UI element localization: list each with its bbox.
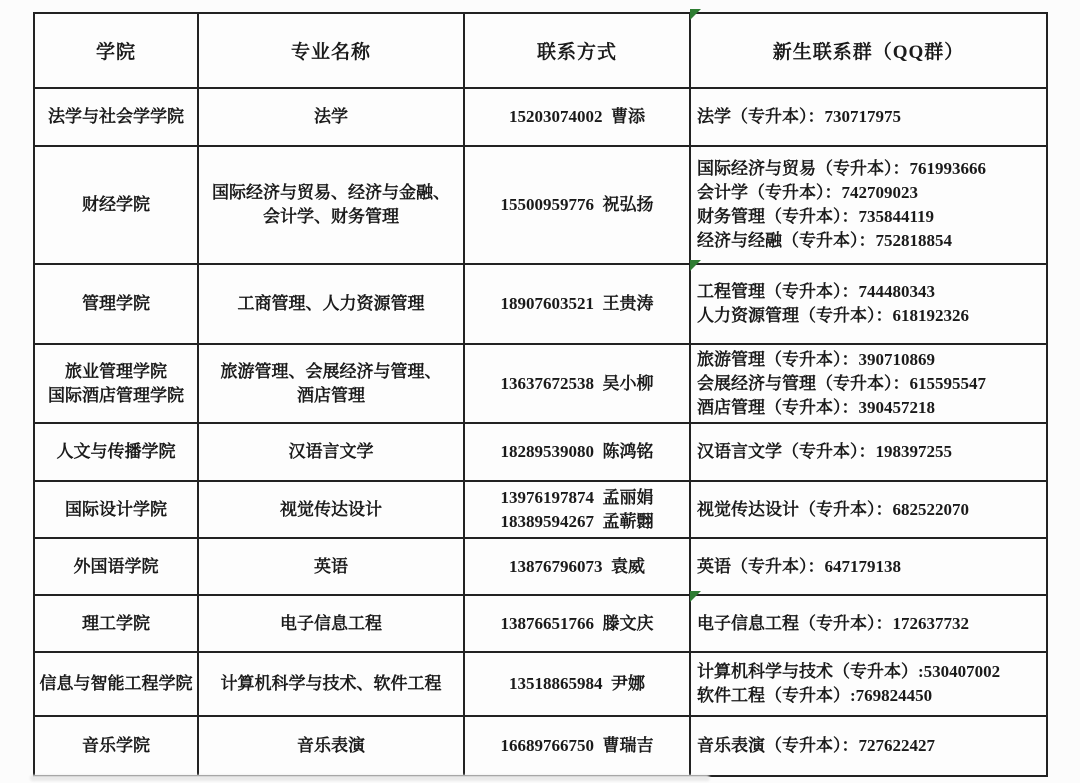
major-cell-line: 英语 — [203, 555, 459, 579]
contact-cell-line: 13876796073 袁威 — [469, 555, 685, 579]
cell-flag-icon — [690, 9, 701, 20]
table-body: 法学与社会学学院法学15203074002 曹添法学（专升本）：73071797… — [34, 88, 1047, 776]
table-row: 国际设计学院视觉传达设计13976197874 孟丽娟18389594267 孟… — [34, 481, 1047, 538]
qq-group-cell-line: 旅游管理（专升本）：390710869 — [697, 348, 1042, 372]
college-cell: 国际设计学院 — [34, 481, 198, 538]
contact-cell-line: 15203074002 曹添 — [469, 105, 685, 129]
contact-cell: 13637672538 吴小柳 — [464, 344, 690, 423]
college-cell-line: 旅业管理学院 — [39, 360, 193, 384]
college-cell: 人文与传播学院 — [34, 423, 198, 481]
college-contact-table: 学院 专业名称 联系方式 新生联系群（QQ群） 法学与社会学学院法学152030… — [33, 12, 1048, 777]
contact-cell: 13976197874 孟丽娟18389594267 孟蕲翾 — [464, 481, 690, 538]
contact-cell: 13876796073 袁威 — [464, 538, 690, 595]
college-cell-line: 人文与传播学院 — [39, 440, 193, 464]
qq-group-cell: 电子信息工程（专升本）：172637732 — [690, 595, 1047, 652]
qq-group-cell: 旅游管理（专升本）：390710869会展经济与管理（专升本）：61559554… — [690, 344, 1047, 423]
header-row: 学院 专业名称 联系方式 新生联系群（QQ群） — [34, 13, 1047, 88]
contact-cell-line: 13637672538 吴小柳 — [469, 372, 685, 396]
qq-group-cell-line: 电子信息工程（专升本）：172637732 — [697, 612, 1042, 636]
qq-group-cell-line: 会计学（专升本）：742709023 — [697, 181, 1042, 205]
contact-table: 学院 专业名称 联系方式 新生联系群（QQ群） 法学与社会学学院法学152030… — [33, 12, 1046, 777]
qq-group-cell-line: 财务管理（专升本）：735844119 — [697, 205, 1042, 229]
contact-cell-line: 18289539080 陈鸿铭 — [469, 440, 685, 464]
contact-cell: 13876651766 滕文庆 — [464, 595, 690, 652]
contact-cell-line: 18907603521 王贵涛 — [469, 292, 685, 316]
column-header-major: 专业名称 — [198, 13, 464, 88]
major-cell: 音乐表演 — [198, 716, 464, 776]
major-cell-line: 酒店管理 — [203, 384, 459, 408]
major-cell: 汉语言文学 — [198, 423, 464, 481]
contact-cell: 16689766750 曹瑞吉 — [464, 716, 690, 776]
scan-artifact — [30, 775, 710, 781]
major-cell: 电子信息工程 — [198, 595, 464, 652]
qq-group-cell-line: 人力资源管理（专升本）：618192326 — [697, 304, 1042, 328]
college-cell-line: 财经学院 — [39, 193, 193, 217]
table-row: 信息与智能工程学院计算机科学与技术、软件工程13518865984 尹娜计算机科… — [34, 652, 1047, 716]
table-row: 音乐学院音乐表演16689766750 曹瑞吉音乐表演（专升本）：7276224… — [34, 716, 1047, 776]
qq-group-cell: 视觉传达设计（专升本）：682522070 — [690, 481, 1047, 538]
qq-group-cell-line: 酒店管理（专升本）：390457218 — [697, 396, 1042, 420]
column-header-qq-label: 新生联系群（QQ群） — [773, 42, 965, 63]
qq-group-cell-line: 工程管理（专升本）：744480343 — [697, 280, 1042, 304]
college-cell-line: 信息与智能工程学院 — [39, 672, 193, 696]
major-cell: 法学 — [198, 88, 464, 146]
major-cell: 国际经济与贸易、经济与金融、会计学、财务管理 — [198, 146, 464, 264]
contact-cell: 15500959776 祝弘扬 — [464, 146, 690, 264]
major-cell: 计算机科学与技术、软件工程 — [198, 652, 464, 716]
table-row: 法学与社会学学院法学15203074002 曹添法学（专升本）：73071797… — [34, 88, 1047, 146]
contact-cell-line: 18389594267 孟蕲翾 — [469, 510, 685, 534]
qq-group-cell-line: 视觉传达设计（专升本）：682522070 — [697, 498, 1042, 522]
qq-group-cell-line: 英语（专升本）：647179138 — [697, 555, 1042, 579]
contact-cell: 15203074002 曹添 — [464, 88, 690, 146]
major-cell-line: 音乐表演 — [203, 734, 459, 758]
contact-cell: 18289539080 陈鸿铭 — [464, 423, 690, 481]
major-cell-line: 汉语言文学 — [203, 440, 459, 464]
contact-cell-line: 13876651766 滕文庆 — [469, 612, 685, 636]
college-cell: 理工学院 — [34, 595, 198, 652]
contact-cell-line: 15500959776 祝弘扬 — [469, 193, 685, 217]
qq-group-cell: 国际经济与贸易（专升本）：761993666会计学（专升本）：742709023… — [690, 146, 1047, 264]
contact-cell-line: 13976197874 孟丽娟 — [469, 486, 685, 510]
qq-group-cell-line: 会展经济与管理（专升本）：615595547 — [697, 372, 1042, 396]
qq-group-cell-line: 汉语言文学（专升本）：198397255 — [697, 440, 1042, 464]
cell-flag-icon — [690, 260, 701, 271]
college-cell-line: 国际设计学院 — [39, 498, 193, 522]
college-cell: 外国语学院 — [34, 538, 198, 595]
qq-group-cell: 计算机科学与技术（专升本）:530407002软件工程（专升本）:7698244… — [690, 652, 1047, 716]
major-cell: 视觉传达设计 — [198, 481, 464, 538]
major-cell-line: 法学 — [203, 105, 459, 129]
major-cell: 工商管理、人力资源管理 — [198, 264, 464, 344]
qq-group-cell: 汉语言文学（专升本）：198397255 — [690, 423, 1047, 481]
major-cell-line: 视觉传达设计 — [203, 498, 459, 522]
table-row: 理工学院电子信息工程13876651766 滕文庆电子信息工程（专升本）：172… — [34, 595, 1047, 652]
major-cell-line: 会计学、财务管理 — [203, 205, 459, 229]
column-header-qq: 新生联系群（QQ群） — [690, 13, 1047, 88]
college-cell-line: 法学与社会学学院 — [39, 105, 193, 129]
college-cell: 管理学院 — [34, 264, 198, 344]
contact-cell-line: 13518865984 尹娜 — [469, 672, 685, 696]
qq-group-cell-line: 音乐表演（专升本）：727622427 — [697, 734, 1042, 758]
table-row: 外国语学院英语13876796073 袁威英语（专升本）：647179138 — [34, 538, 1047, 595]
major-cell: 英语 — [198, 538, 464, 595]
column-header-college: 学院 — [34, 13, 198, 88]
college-cell: 音乐学院 — [34, 716, 198, 776]
contact-cell-line: 16689766750 曹瑞吉 — [469, 734, 685, 758]
qq-group-cell-line: 法学（专升本）：730717975 — [697, 105, 1042, 129]
major-cell-line: 国际经济与贸易、经济与金融、 — [203, 181, 459, 205]
major-cell-line: 计算机科学与技术、软件工程 — [203, 672, 459, 696]
qq-group-cell-line: 国际经济与贸易（专升本）：761993666 — [697, 157, 1042, 181]
college-cell-line: 理工学院 — [39, 612, 193, 636]
major-cell-line: 旅游管理、会展经济与管理、 — [203, 360, 459, 384]
college-cell: 法学与社会学学院 — [34, 88, 198, 146]
contact-cell: 13518865984 尹娜 — [464, 652, 690, 716]
qq-group-cell-line: 经济与经融（专升本）：752818854 — [697, 229, 1042, 253]
college-cell: 信息与智能工程学院 — [34, 652, 198, 716]
qq-group-cell-line: 计算机科学与技术（专升本）:530407002 — [697, 660, 1042, 684]
table-row: 人文与传播学院汉语言文学18289539080 陈鸿铭汉语言文学（专升本）：19… — [34, 423, 1047, 481]
table-row: 旅业管理学院国际酒店管理学院旅游管理、会展经济与管理、酒店管理136376725… — [34, 344, 1047, 423]
major-cell-line: 工商管理、人力资源管理 — [203, 292, 459, 316]
college-cell-line: 管理学院 — [39, 292, 193, 316]
college-cell: 财经学院 — [34, 146, 198, 264]
college-cell-line: 音乐学院 — [39, 734, 193, 758]
qq-group-cell: 音乐表演（专升本）：727622427 — [690, 716, 1047, 776]
column-header-contact: 联系方式 — [464, 13, 690, 88]
qq-group-cell: 英语（专升本）：647179138 — [690, 538, 1047, 595]
contact-cell: 18907603521 王贵涛 — [464, 264, 690, 344]
cell-flag-icon — [690, 591, 701, 602]
college-cell-line: 外国语学院 — [39, 555, 193, 579]
qq-group-cell: 法学（专升本）：730717975 — [690, 88, 1047, 146]
qq-group-cell-line: 软件工程（专升本）:769824450 — [697, 684, 1042, 708]
major-cell-line: 电子信息工程 — [203, 612, 459, 636]
table-row: 财经学院国际经济与贸易、经济与金融、会计学、财务管理15500959776 祝弘… — [34, 146, 1047, 264]
major-cell: 旅游管理、会展经济与管理、酒店管理 — [198, 344, 464, 423]
qq-group-cell: 工程管理（专升本）：744480343人力资源管理（专升本）：618192326 — [690, 264, 1047, 344]
table-row: 管理学院工商管理、人力资源管理18907603521 王贵涛工程管理（专升本）：… — [34, 264, 1047, 344]
college-cell-line: 国际酒店管理学院 — [39, 384, 193, 408]
college-cell: 旅业管理学院国际酒店管理学院 — [34, 344, 198, 423]
